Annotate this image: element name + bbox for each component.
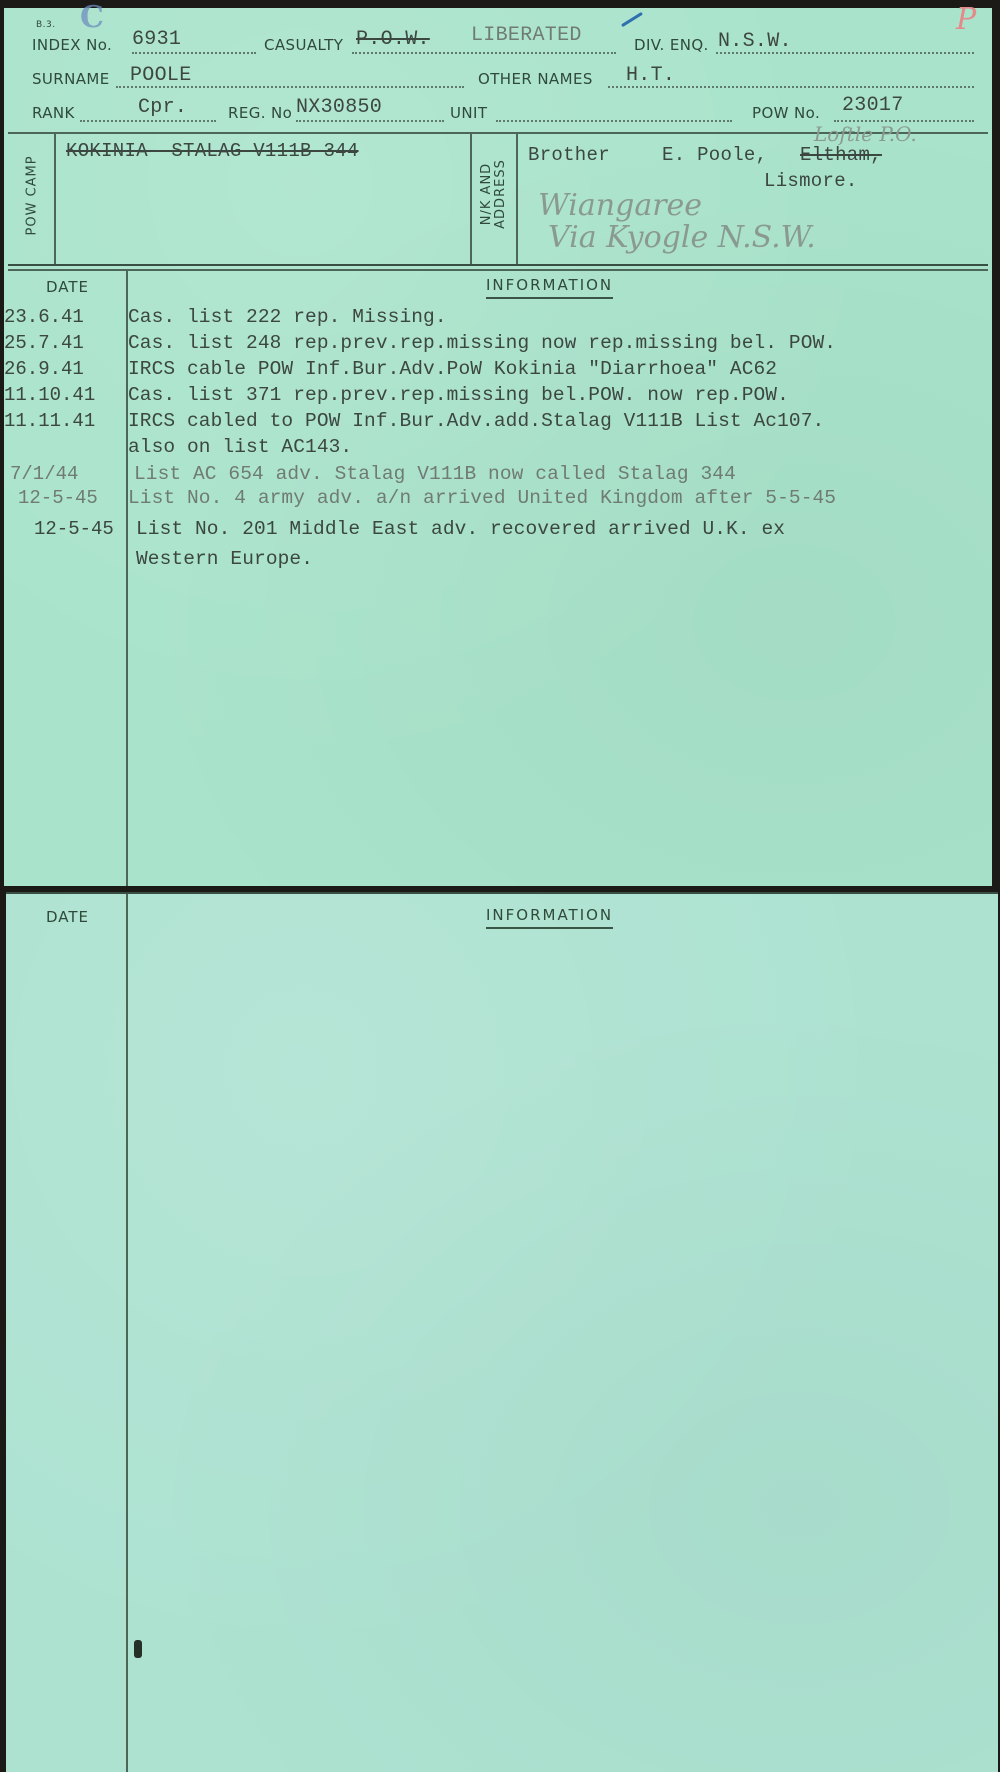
pow-camp-label: POW CAMP xyxy=(25,156,40,236)
unit-dots xyxy=(496,120,732,122)
stamp-mark: C xyxy=(80,0,104,35)
row-information: Cas. list 371 rep.prev.rep.missing bel.P… xyxy=(128,384,789,406)
row-date: 7/1/44 xyxy=(10,463,78,485)
row-date: 12-5-45 xyxy=(34,518,114,540)
staple-mark xyxy=(134,1640,142,1658)
rank-dots xyxy=(80,120,216,122)
other-names-value: H.T. xyxy=(626,64,675,87)
date-header: DATE xyxy=(46,278,89,296)
nok-name: E. Poole, xyxy=(662,144,767,166)
camp-nok-divider xyxy=(470,132,472,264)
divider-double-b xyxy=(8,269,988,271)
information-header: INFORMATION xyxy=(486,276,613,299)
nok-handwritten-above: Loftle P.O. xyxy=(814,122,917,146)
row-information: Western Europe. xyxy=(136,548,313,570)
rank-label: RANK xyxy=(32,104,75,122)
surname-label: SURNAME xyxy=(32,70,110,88)
camp-label-divider xyxy=(54,132,56,264)
row-information: Cas. list 248 rep.prev.rep.missing now r… xyxy=(128,332,836,354)
div-enq-label: DIV. ENQ. xyxy=(634,36,709,54)
row-date: 11.10.41 xyxy=(4,384,95,406)
surname-value: POOLE xyxy=(130,64,192,87)
nok-relation: Brother xyxy=(528,144,610,166)
corner-mark: P xyxy=(956,2,976,37)
nok-struck-place: Eltham, xyxy=(800,144,882,166)
nok-address-label: N/K AND ADDRESS xyxy=(480,154,508,234)
back-date-header: DATE xyxy=(46,908,89,926)
row-information: List No. 4 army adv. a/n arrived United … xyxy=(128,487,836,509)
index-dots xyxy=(132,52,256,54)
reg-no-dots xyxy=(296,120,444,122)
row-information: List AC 654 adv. Stalag V111B now called… xyxy=(134,463,736,485)
casualty-dots xyxy=(352,52,616,54)
row-information: also on list AC143. xyxy=(128,436,352,458)
reg-no-label: REG. No xyxy=(228,104,292,122)
index-label: INDEX No. xyxy=(32,36,112,54)
divider-double-a xyxy=(8,264,988,266)
form-code: B.3. xyxy=(36,20,56,30)
pow-no-label: POW No. xyxy=(752,104,820,122)
nok-handwritten-line1: Wiangaree xyxy=(538,188,702,223)
pow-no-value: 23017 xyxy=(842,94,904,117)
nok-line2: Lismore. xyxy=(764,170,858,192)
nok-label-divider xyxy=(516,132,518,264)
row-information: List No. 201 Middle East adv. recovered … xyxy=(136,518,785,540)
reg-no-value: NX30850 xyxy=(296,96,382,119)
row-information: IRCS cable POW Inf.Bur.Adv.PoW Kokinia "… xyxy=(128,358,777,380)
back-top-edge xyxy=(6,892,998,894)
index-value: 6931 xyxy=(132,28,181,51)
row-date: 26.9.41 xyxy=(4,358,84,380)
casualty-struck-value: P.O.W. xyxy=(356,28,430,51)
back-information-header: INFORMATION xyxy=(486,906,613,929)
record-card-back: DATE INFORMATION xyxy=(6,892,998,1772)
blue-tick-mark xyxy=(621,12,643,27)
nok-handwritten-line2: Via Kyogle N.S.W. xyxy=(548,220,816,255)
unit-label: UNIT xyxy=(450,104,487,122)
pow-camp-value: KOKINIA- STALAG V111B 344 xyxy=(66,140,359,162)
row-date: 23.6.41 xyxy=(4,306,84,328)
row-date: 12-5-45 xyxy=(18,487,98,509)
nok-label-line2: ADDRESS xyxy=(494,154,508,234)
nok-label-line1: N/K AND xyxy=(480,154,494,234)
casualty-value: LIBERATED xyxy=(471,24,582,47)
rank-value: Cpr. xyxy=(138,96,187,119)
row-information: Cas. list 222 rep. Missing. xyxy=(128,306,447,328)
row-date: 11.11.41 xyxy=(4,410,95,432)
casualty-label: CASUALTY xyxy=(264,36,343,54)
div-enq-value: N.S.W. xyxy=(718,30,792,53)
record-card-front: C P B.3. INDEX No. 6931 CASUALTY P.O.W. … xyxy=(4,8,992,886)
row-date: 25.7.41 xyxy=(4,332,84,354)
row-information: IRCS cabled to POW Inf.Bur.Adv.add.Stala… xyxy=(128,410,824,432)
other-names-label: OTHER NAMES xyxy=(478,70,593,88)
back-date-column-divider xyxy=(126,894,128,1772)
